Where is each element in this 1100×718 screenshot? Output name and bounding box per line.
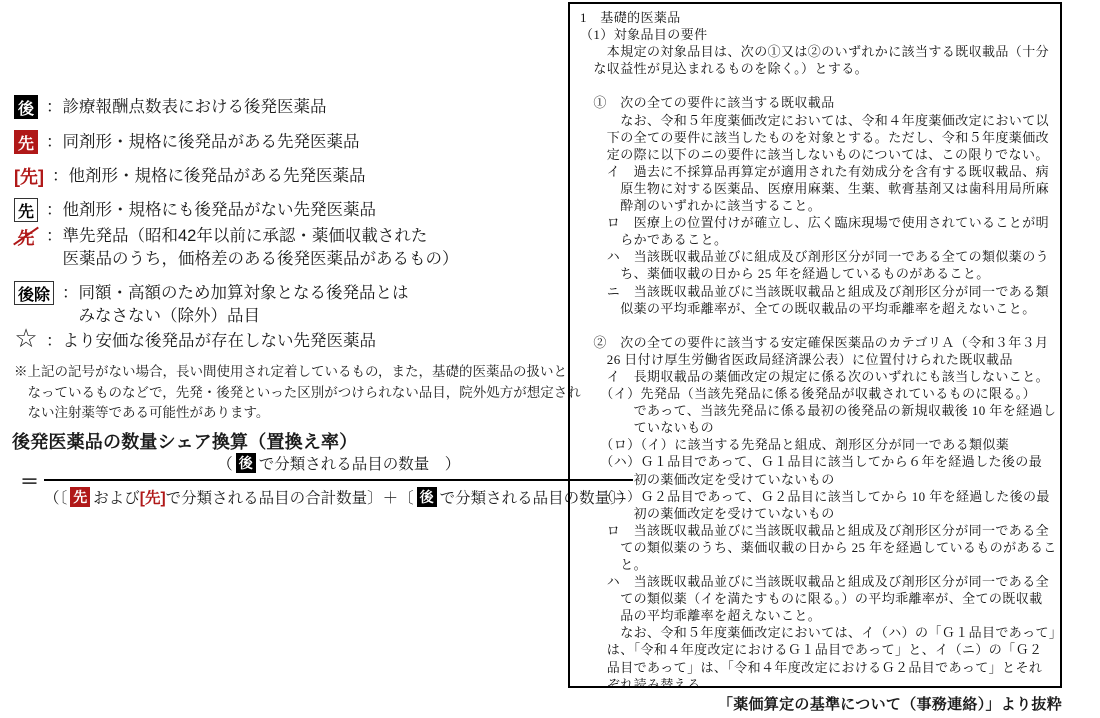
legend-row-quasi-brand: 先 ：準先発品（昭和42年以前に承認・薬価収載された 医薬品のうち，価格差のある… (14, 224, 459, 270)
doc-line: ① 次の全ての要件に該当する既収載品 (580, 94, 1054, 111)
doc-line: ロ 医療上の位置付けが確立し、広く臨床現場で使用されていることが明 (580, 214, 1054, 231)
doc-line: （ニ）Ｇ２品目であって、Ｇ２品目に該当してから 10 年を経過した後の最 (580, 488, 1054, 505)
doc-line: ② 次の全ての要件に該当する安定確保医薬品のカテゴリＡ（令和３年３月 (580, 334, 1054, 351)
doc-line: 初の薬価改定を受けていないもの (580, 471, 1054, 488)
doc-line: ニ 当該既収載品並びに当該既収載品と組成及び剤形区分が同一である類 (580, 283, 1054, 300)
doc-line: 品目であって」は、「令和４年度改定におけるＧ２品目であって」とそれ (580, 659, 1054, 676)
doc-line: 1 基礎的医薬品 (580, 9, 1054, 26)
doc-line: ハ 当該既収載品並びに当該既収載品と組成及び剤形区分が同一である全 (580, 573, 1054, 590)
doc-line: （ロ）（イ）に該当する先発品と組成、剤形区分が同一である類似薬 (580, 436, 1054, 453)
brand-no-generic-mark-icon: 先 (14, 198, 38, 222)
doc-line: ての類似薬のうち、薬価収載の日から 25 年を経過しているものがあるこ (580, 539, 1054, 556)
equals-sign: ＝ (20, 467, 39, 494)
doc-line: ハ 当該既収載品並びに組成及び剤形区分が同一である全ての類似薬のう (580, 248, 1054, 265)
doc-line: 26 日付け厚生労働省医政局経済課公表）に位置付けられた既収載品 (580, 351, 1054, 368)
doc-line (580, 77, 1054, 94)
doc-line: 下の全ての要件に該当したものを対象とする。ただし、令和５年度薬価改 (580, 129, 1054, 146)
formula-heading: 後発医薬品の数量シェア換算（置換え率） (12, 428, 357, 454)
doc-line: は、「令和４年度改定におけるＧ１品目であって」と、イ（ニ）の「Ｇ２ (580, 641, 1054, 658)
doc-line: 似薬の平均乖離率が、全ての既収載品の平均乖離率を超えないこと。 (580, 300, 1054, 317)
doc-line: 初の薬価改定を受けていないもの (580, 505, 1054, 522)
doc-line: 酔剤のいずれかに該当すること。 (580, 197, 1054, 214)
legend-row-excluded-generic: 後除 ：同額・高額のため加算対象となる後発品とは みなさない（除外）品目 (14, 281, 409, 327)
legend-row-brand-other-form: [先] ：他剤形・規格に後発品がある先発医薬品 (14, 164, 366, 188)
legend-footnote: ※上記の記号がない場合，長い間使用され定着しているもの，また，基礎的医薬品の扱い… (14, 362, 581, 424)
doc-line: なお、令和５年度薬価改定においては、イ（ハ）の「Ｇ１品目であって」 (580, 624, 1054, 641)
legend-text: ：他剤形・規格にも後発品がない先発医薬品 (46, 198, 376, 222)
numerator-open-paren: （ (217, 452, 233, 474)
legend-text: ：同剤形・規格に後発品がある先発医薬品 (46, 130, 360, 154)
legend-row-star: ☆ ：より安価な後発品が存在しない先発医薬品 (14, 326, 376, 353)
doc-line: 本規定の対象品目は、次の①又は②のいずれかに該当する既収載品（十分 (580, 43, 1054, 60)
doc-line: であって、当該先発品に係る最初の後発品の新規収載後 10 年を経過し (580, 402, 1054, 419)
fraction-numerator: （ 後 で分類される品目の数量 ） (44, 452, 633, 479)
brand-other-form-mark-icon: [先] (140, 486, 166, 508)
legend-text: ：準先発品（昭和42年以前に承認・薬価収載された 医薬品のうち，価格差のある後発… (46, 224, 459, 270)
quasi-brand-mark-icon: 先 (14, 224, 38, 248)
doc-line: イ 長期収載品の薬価改定の規定に係る次のいずれにも該当しないこと。 (580, 368, 1054, 385)
generic-mark-icon: 後 (14, 95, 38, 119)
doc-line: ての類似薬（イを満たすものに限る。）の平均乖離率が、全ての既収載 (580, 590, 1054, 607)
doc-line: ぞれ読み替える。 (580, 676, 1054, 688)
legend-text: ：より安価な後発品が存在しない先発医薬品 (46, 326, 376, 353)
doc-line: 原生物に対する医薬品、医療用麻薬、生薬、軟膏基剤又は歯科用局所麻 (580, 180, 1054, 197)
generic-mark-icon: 後 (417, 487, 437, 507)
denominator-open: （〔 (44, 486, 67, 508)
doc-line: なお、令和５年度薬価改定においては、令和４年度薬価改定において以 (580, 112, 1054, 129)
numerator-text: で分類される品目の数量 ） (259, 452, 461, 474)
doc-line: ち、薬価収載の日から 25 年を経過しているものがあること。 (580, 265, 1054, 282)
legend-text: ：診療報酬点数表における後発医薬品 (46, 95, 327, 119)
source-attribution: 「薬価算定の基準について（事務連絡）」より抜粋 (568, 693, 1062, 714)
denominator-and: および (93, 486, 140, 508)
doc-line: （1）対象品目の要件 (580, 26, 1054, 43)
doc-line: 品の平均乖離率を超えないこと。 (580, 607, 1054, 624)
doc-line: な収益性が見込まれるものを除く。）とする。 (580, 60, 1054, 77)
legend-row-generic: 後 ：診療報酬点数表における後発医薬品 (14, 95, 327, 119)
doc-line: 定の際に以下のニの要件に該当しないものについては、この限りでない。 (580, 146, 1054, 163)
excerpt-document-box: 1 基礎的医薬品 （1）対象品目の要件 本規定の対象品目は、次の①又は②のいずれ… (568, 2, 1062, 688)
brand-same-form-mark-icon: 先 (14, 130, 38, 154)
doc-line: と。 (580, 556, 1054, 573)
fraction-denominator: （〔 先 および [先] で分類される品目の合計数量〕＋〔 後 で分類される品目… (44, 479, 633, 508)
doc-line (580, 317, 1054, 334)
doc-line: ロ 当該既収載品並びに当該既収載品と組成及び剤形区分が同一である全 (580, 522, 1054, 539)
excluded-generic-mark-icon: 後除 (14, 281, 54, 305)
denominator-mid: で分類される品目の合計数量〕＋〔 (166, 486, 414, 508)
replacement-rate-formula: ＝ （ 後 で分類される品目の数量 ） （〔 先 および [先] で分類される品… (20, 452, 633, 508)
legend-row-brand-same-form: 先 ：同剤形・規格に後発品がある先発医薬品 (14, 130, 360, 154)
legend-text: ：同額・高額のため加算対象となる後発品とは みなさない（除外）品目 (62, 281, 409, 327)
doc-line: イ 過去に不採算品再算定が適用された有効成分を含有する既収載品、病 (580, 163, 1054, 180)
doc-line: （ハ）Ｇ１品目であって、Ｇ１品目に該当してから６年を経過した後の最 (580, 453, 1054, 470)
doc-line: らかであること。 (580, 231, 1054, 248)
doc-line: ていないもの (580, 419, 1054, 436)
doc-line: （イ）先発品（当該先発品に係る後発品が収載されているものに限る。） (580, 385, 1054, 402)
legend-row-brand-no-generic: 先 ：他剤形・規格にも後発品がない先発医薬品 (14, 198, 376, 222)
fraction: （ 後 で分類される品目の数量 ） （〔 先 および [先] で分類される品目の… (44, 452, 633, 508)
brand-other-form-mark-icon: [先] (14, 164, 44, 188)
legend-text: ：他剤形・規格に後発品がある先発医薬品 (52, 164, 366, 188)
star-icon: ☆ (14, 326, 38, 350)
generic-mark-icon: 後 (236, 453, 256, 473)
brand-same-form-mark-icon: 先 (70, 487, 90, 507)
